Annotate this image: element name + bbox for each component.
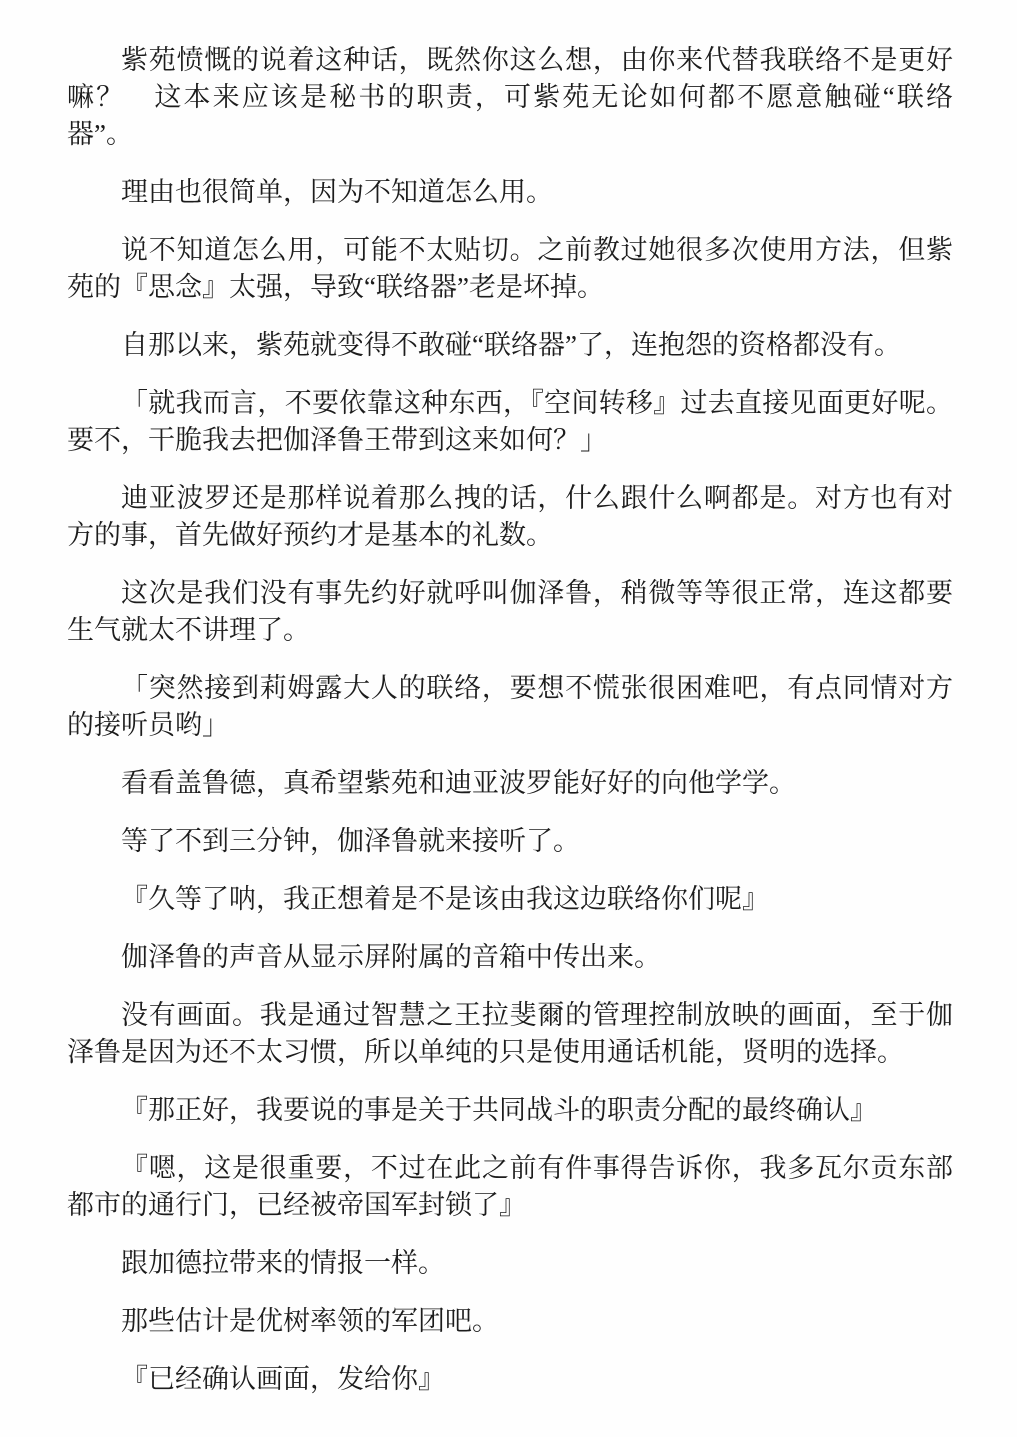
paragraph: 看看盖鲁德，真希望紫苑和迪亚波罗能好好的向他学学。 [67,765,953,802]
paragraph-dialogue: 『嗯，这是很重要，不过在此之前有件事得告诉你，我多瓦尔贡东部都市的通行门，已经被… [67,1150,953,1224]
paragraph-dialogue: 「就我而言，不要依靠这种东西，『空间转移』过去直接见面更好呢。要不，干脆我去把伽… [67,385,953,459]
paragraph: 等了不到三分钟，伽泽鲁就来接听了。 [67,823,953,860]
document-page: 紫苑愤慨的说着这种话，既然你这么想，由你来代替我联络不是更好嘛？ 这本来应该是秘… [0,0,1017,1437]
paragraph: 这次是我们没有事先约好就呼叫伽泽鲁，稍微等等很正常，连这都要生气就太不讲理了。 [67,575,953,649]
paragraph: 理由也很简单，因为不知道怎么用。 [67,174,953,211]
paragraph: 伽泽鲁的声音从显示屏附属的音箱中传出来。 [67,939,953,976]
novel-text-body: 紫苑愤慨的说着这种话，既然你这么想，由你来代替我联络不是更好嘛？ 这本来应该是秘… [0,0,1017,1398]
paragraph: 迪亚波罗还是那样说着那么拽的话，什么跟什么啊都是。对方也有对方的事，首先做好预约… [67,480,953,554]
paragraph: 跟加德拉带来的情报一样。 [67,1245,953,1282]
paragraph: 没有画面。我是通过智慧之王拉斐爾的管理控制放映的画面，至于伽泽鲁是因为还不太习惯… [67,997,953,1071]
paragraph: 紫苑愤慨的说着这种话，既然你这么想，由你来代替我联络不是更好嘛？ 这本来应该是秘… [67,42,953,153]
paragraph-dialogue: 『那正好，我要说的事是关于共同战斗的职责分配的最终确认』 [67,1092,953,1129]
paragraph-dialogue: 「突然接到莉姆露大人的联络，要想不慌张很困难吧，有点同情对方的接听员哟」 [67,670,953,744]
paragraph: 自那以来，紫苑就变得不敢碰“联络器”了，连抱怨的资格都没有。 [67,327,953,364]
paragraph-dialogue: 『已经确认画面，发给你』 [67,1361,953,1398]
paragraph-dialogue: 『久等了呐，我正想着是不是该由我这边联络你们呢』 [67,881,953,918]
paragraph: 说不知道怎么用，可能不太贴切。之前教过她很多次使用方法，但紫苑的『思念』太强，导… [67,232,953,306]
paragraph: 那些估计是优树率领的军团吧。 [67,1303,953,1340]
